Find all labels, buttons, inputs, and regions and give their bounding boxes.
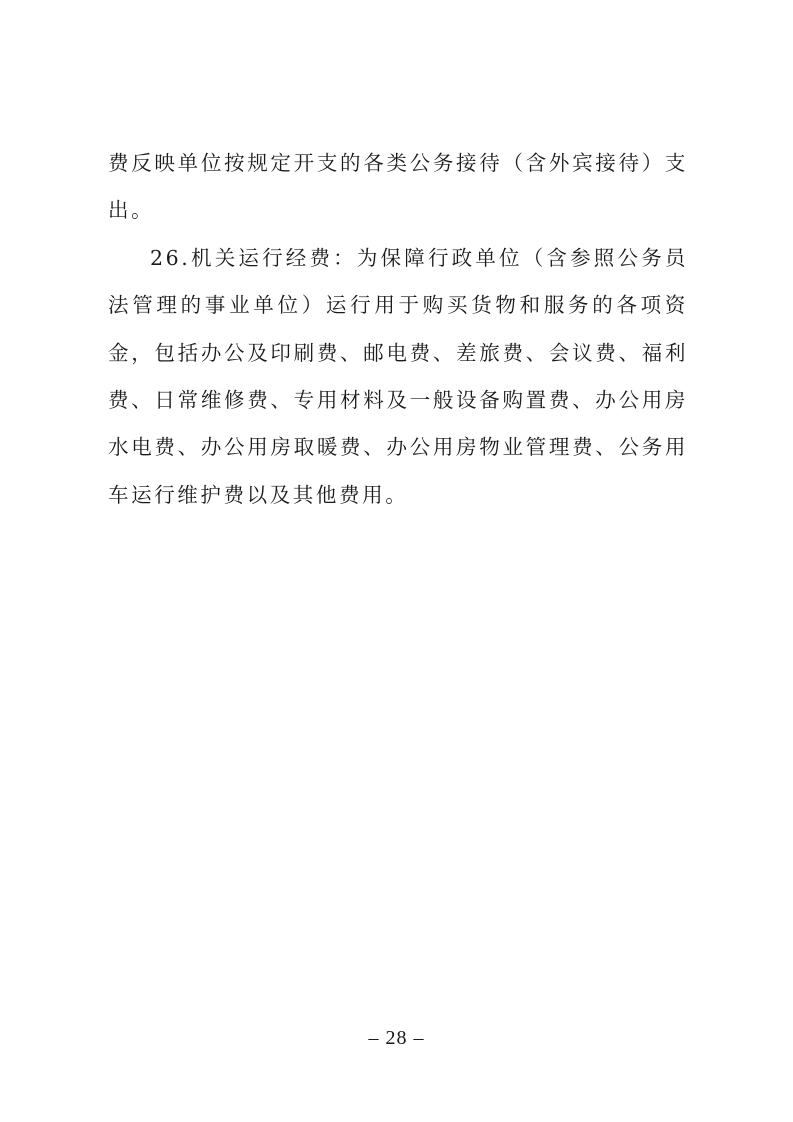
page-number: – 28 – (0, 1027, 793, 1050)
document-body: 费反映单位按规定开支的各类公务接待（含外宾接待）支出。 26.机关运行经费：为保… (108, 140, 688, 519)
paragraph-item-26: 26.机关运行经费：为保障行政单位（含参照公务员法管理的事业单位）运行用于购买货… (108, 235, 688, 519)
paragraph-continuation: 费反映单位按规定开支的各类公务接待（含外宾接待）支出。 (108, 140, 688, 235)
document-page: 费反映单位按规定开支的各类公务接待（含外宾接待）支出。 26.机关运行经费：为保… (0, 0, 793, 1122)
